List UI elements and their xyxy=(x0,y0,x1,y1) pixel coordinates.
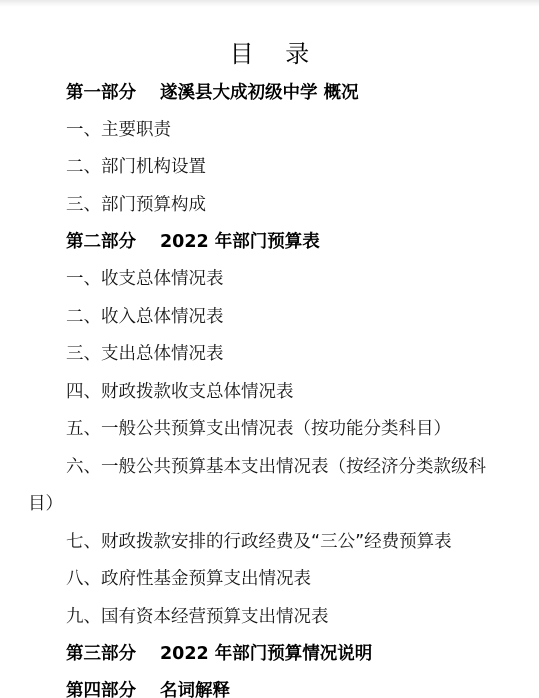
toc-item[interactable]: 七、财政拨款安排的行政经费及“三公”经费预算表 xyxy=(66,530,452,554)
toc-item-continuation[interactable]: 目） xyxy=(28,492,63,516)
toc-part-4[interactable]: 第四部分名词解释 xyxy=(66,679,230,698)
document-page: 目 录 第一部分遂溪县大成初级中学 概况 一、主要职责 二、部门机构设置 三、部… xyxy=(0,0,539,698)
toc-item[interactable]: 三、部门预算构成 xyxy=(66,193,206,217)
toc-item[interactable]: 四、财政拨款收支总体情况表 xyxy=(66,380,294,404)
part-label: 第四部分 xyxy=(66,681,136,698)
part-text: 2022 年部门预算表 xyxy=(160,232,320,252)
part-text: 2022 年部门预算情况说明 xyxy=(160,644,372,664)
toc-item[interactable]: 一、主要职责 xyxy=(66,118,171,142)
part-label: 第二部分 xyxy=(66,232,136,252)
toc-part-3[interactable]: 第三部分2022 年部门预算情况说明 xyxy=(66,642,372,666)
part-label: 第一部分 xyxy=(66,83,136,103)
toc-item[interactable]: 二、收入总体情况表 xyxy=(66,305,224,329)
toc-item[interactable]: 八、政府性基金预算支出情况表 xyxy=(66,567,311,591)
toc-item[interactable]: 五、一般公共预算支出情况表（按功能分类科目） xyxy=(66,417,451,441)
part-text: 遂溪县大成初级中学 概况 xyxy=(160,83,359,103)
toc-item[interactable]: 六、一般公共预算基本支出情况表（按经济分类款级科 xyxy=(66,455,486,479)
toc-item[interactable]: 九、国有资本经营预算支出情况表 xyxy=(66,605,329,629)
toc-item[interactable]: 三、支出总体情况表 xyxy=(66,342,224,366)
part-text: 名词解释 xyxy=(160,681,230,698)
toc-title: 目 录 xyxy=(0,38,539,70)
toc-item[interactable]: 一、收支总体情况表 xyxy=(66,267,224,291)
toc-part-2[interactable]: 第二部分2022 年部门预算表 xyxy=(66,230,320,254)
part-label: 第三部分 xyxy=(66,644,136,664)
toc-item[interactable]: 二、部门机构设置 xyxy=(66,155,206,179)
toc-part-1[interactable]: 第一部分遂溪县大成初级中学 概况 xyxy=(66,81,359,105)
